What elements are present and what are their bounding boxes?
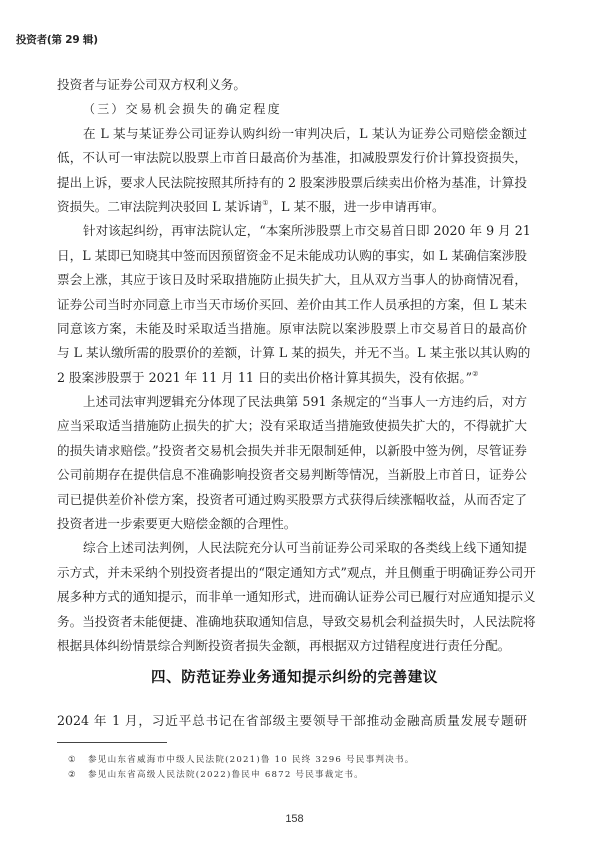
body-line: 票会上涨，其应于该日及时采取措施防止损失扩大，且从双方当事人的协商情况看， [57, 268, 527, 292]
footnote-2: ②参见山东省高级人民法院(2022)鲁民申 6872 号民事裁定书。 [68, 768, 415, 783]
body-line: 根据具体纠纷情景综合判断投资者损失金额，再根据双方过错程度进行责任分配。 [57, 634, 527, 658]
footnote-text: 参见山东省威海市中级人民法院(2021)鲁 10 民终 3296 号民事判决书。 [88, 755, 415, 765]
body-line: 在 L 某与某证券公司证券认购纠纷一审判决后，L 某认为证券公司赔偿金额过 [57, 122, 527, 146]
line-text: 票会上涨，其应于该日及时采取措施防止损失扩大，且从双方当事人的协商情况看， [57, 272, 527, 287]
body-line: 2024 年 1 月，习近平总书记在省部级主要领导干部推动金融高质量发展专题研 [57, 709, 527, 733]
body-line: 应当采取适当措施防止损失的扩大；没有采取适当措施致使损失扩大的，不得就扩大 [57, 414, 527, 438]
line-text: 针对该起纠纷，再审法院认定，“本案所涉股票上市交易首日即 2020 年 9 月 … [83, 223, 531, 238]
section-heading: 四、防范证券业务通知提示纠纷的完善建议 [0, 666, 589, 687]
body-line: 务。当投资者未能便捷、准确地获取通知信息，导致交易机会利益损失时，人民法院将 [57, 610, 527, 634]
line-text: 展多种方式的通知提示，而非单一通知形式，进而确认证券公司已履行对应通知提示义 [57, 589, 536, 604]
body-line: 投资者与证券公司双方权利义务。 [57, 73, 527, 97]
page-number: 158 [0, 813, 589, 825]
body-line: 提出上诉，要求人民法院按照其所持有的 2 股案涉股票后续卖出价格为基准，计算投 [57, 171, 527, 195]
subsection-heading: （三）交易机会损失的确定程度 [57, 97, 527, 121]
line-text: 与 L 某认缴所需的股票价的差额，计算 L 某的损失，并无不当。L 某主张以其认… [57, 345, 530, 360]
body-line: 同意该方案，未能及时采取适当措施。原审法院以案涉股票上市交易首日的最高价 [57, 317, 527, 341]
line-text: 2 股案涉股票于 2021 年 11 月 11 日的卖出价格计算其损失，没有依据… [57, 370, 472, 385]
body-line: 资损失。二审法院判决驳回 L 某诉请①，L 某不服，进一步申请再审。 [57, 195, 527, 219]
footnote-marker: ① [68, 753, 88, 768]
body-line: 2 股案涉股票于 2021 年 11 月 11 日的卖出价格计算其损失，没有依据… [57, 366, 527, 390]
line-text: 务。当投资者未能便捷、准确地获取通知信息，导致交易机会利益损失时，人民法院将 [57, 614, 536, 629]
body-line: 示方式，并未采纳个别投资者提出的“限定通知方式”观点，并且侧重于明确证券公司开 [57, 561, 527, 585]
line-text: 证券公司当时亦同意上市当天市场价买回、差价由其工作人员承担的方案，但 L 某未 [57, 297, 527, 312]
line-text: 综合上述司法判例，人民法院充分认可当前证券公司采取的各类线上线下通知提 [83, 540, 527, 555]
line-text: 司已提供差价补偿方案，投资者可通过购买股票方式获得后续涨幅收益，从而否定了 [57, 492, 527, 507]
body-line: 投资者进一步索要更大赔偿金额的合理性。 [57, 512, 527, 536]
line-text: 同意该方案，未能及时采取适当措施。原审法院以案涉股票上市交易首日的最高价 [57, 321, 527, 336]
line-text: 投资者进一步索要更大赔偿金额的合理性。 [57, 516, 296, 531]
line-text: 投资者与证券公司双方权利义务。 [57, 77, 246, 92]
footnote-ref-2[interactable]: ② [472, 370, 478, 378]
line-text: 提出上诉，要求人民法院按照其所持有的 2 股案涉股票后续卖出价格为基准，计算投 [57, 175, 527, 190]
footnote-divider [57, 742, 167, 743]
line-text: 公司前期存在提供信息不准确影响投资者交易判断等情况，当新股上市首日，证券公 [57, 467, 527, 482]
line-text: 的损失请求赔偿。”投资者交易机会损失并非无限制延伸，以新股中签为例，尽管证券 [57, 443, 527, 458]
body-line: 日，L 某即已知晓其中签而因预留资金不足未能成功认购的事实，如 L 某确信案涉股 [57, 244, 527, 268]
footnotes: ①参见山东省威海市中级人民法院(2021)鲁 10 民终 3296 号民事判决书… [68, 753, 415, 783]
body-line: 与 L 某认缴所需的股票价的差额，计算 L 某的损失，并无不当。L 某主张以其认… [57, 341, 527, 365]
body-line: 证券公司当时亦同意上市当天市场价买回、差价由其工作人员承担的方案，但 L 某未 [57, 293, 527, 317]
body-line: 展多种方式的通知提示，而非单一通知形式，进而确认证券公司已履行对应通知提示义 [57, 585, 527, 609]
line-text: 应当采取适当措施防止损失的扩大；没有采取适当措施致使损失扩大的，不得就扩大 [57, 418, 527, 433]
subheading-text: （三）交易机会损失的确定程度 [83, 102, 282, 116]
body-text: 投资者与证券公司双方权利义务。 （三）交易机会损失的确定程度 在 L 某与某证券… [57, 73, 527, 658]
line-text-tail: ，L 某不服，进一步申请再审。 [269, 199, 445, 214]
footnote-1: ①参见山东省威海市中级人民法院(2021)鲁 10 民终 3296 号民事判决书… [68, 753, 415, 768]
line-text: 示方式，并未采纳个别投资者提出的“限定通知方式”观点，并且侧重于明确证券公司开 [57, 565, 536, 580]
body-line: 公司前期存在提供信息不准确影响投资者交易判断等情况，当新股上市首日，证券公 [57, 463, 527, 487]
body-line: 的损失请求赔偿。”投资者交易机会损失并非无限制延伸，以新股中签为例，尽管证券 [57, 439, 527, 463]
body-line: 低，不认可一审法院以股票上市首日最高价为基准，扣减股票发行价计算投资损失， [57, 146, 527, 170]
line-text: 资损失。二审法院判决驳回 L 某诉请 [57, 199, 262, 214]
footnote-text: 参见山东省高级人民法院(2022)鲁民申 6872 号民事裁定书。 [88, 770, 364, 780]
body-line: 针对该起纠纷，再审法院认定，“本案所涉股票上市交易首日即 2020 年 9 月 … [57, 219, 527, 243]
body-line: 上述司法审判逻辑充分体现了民法典第 591 条规定的“当事人一方违约后，对方 [57, 390, 527, 414]
running-header: 投资者(第 29 辑) [16, 32, 98, 47]
line-text: 日，L 某即已知晓其中签而因预留资金不足未能成功认购的事实，如 L 某确信案涉股 [57, 248, 527, 263]
line-text: 在 L 某与某证券公司证券认购纠纷一审判决后，L 某认为证券公司赔偿金额过 [83, 126, 527, 141]
line-text: 低，不认可一审法院以股票上市首日最高价为基准，扣减股票发行价计算投资损失， [57, 150, 527, 165]
body-line: 司已提供差价补偿方案，投资者可通过购买股票方式获得后续涨幅收益，从而否定了 [57, 488, 527, 512]
line-text: 上述司法审判逻辑充分体现了民法典第 591 条规定的“当事人一方违约后，对方 [83, 394, 527, 409]
body-line: 综合上述司法判例，人民法院充分认可当前证券公司采取的各类线上线下通知提 [57, 536, 527, 560]
line-text: 根据具体纠纷情景综合判断投资者损失金额，再根据双方过错程度进行责任分配。 [57, 638, 510, 653]
footnote-marker: ② [68, 768, 88, 783]
